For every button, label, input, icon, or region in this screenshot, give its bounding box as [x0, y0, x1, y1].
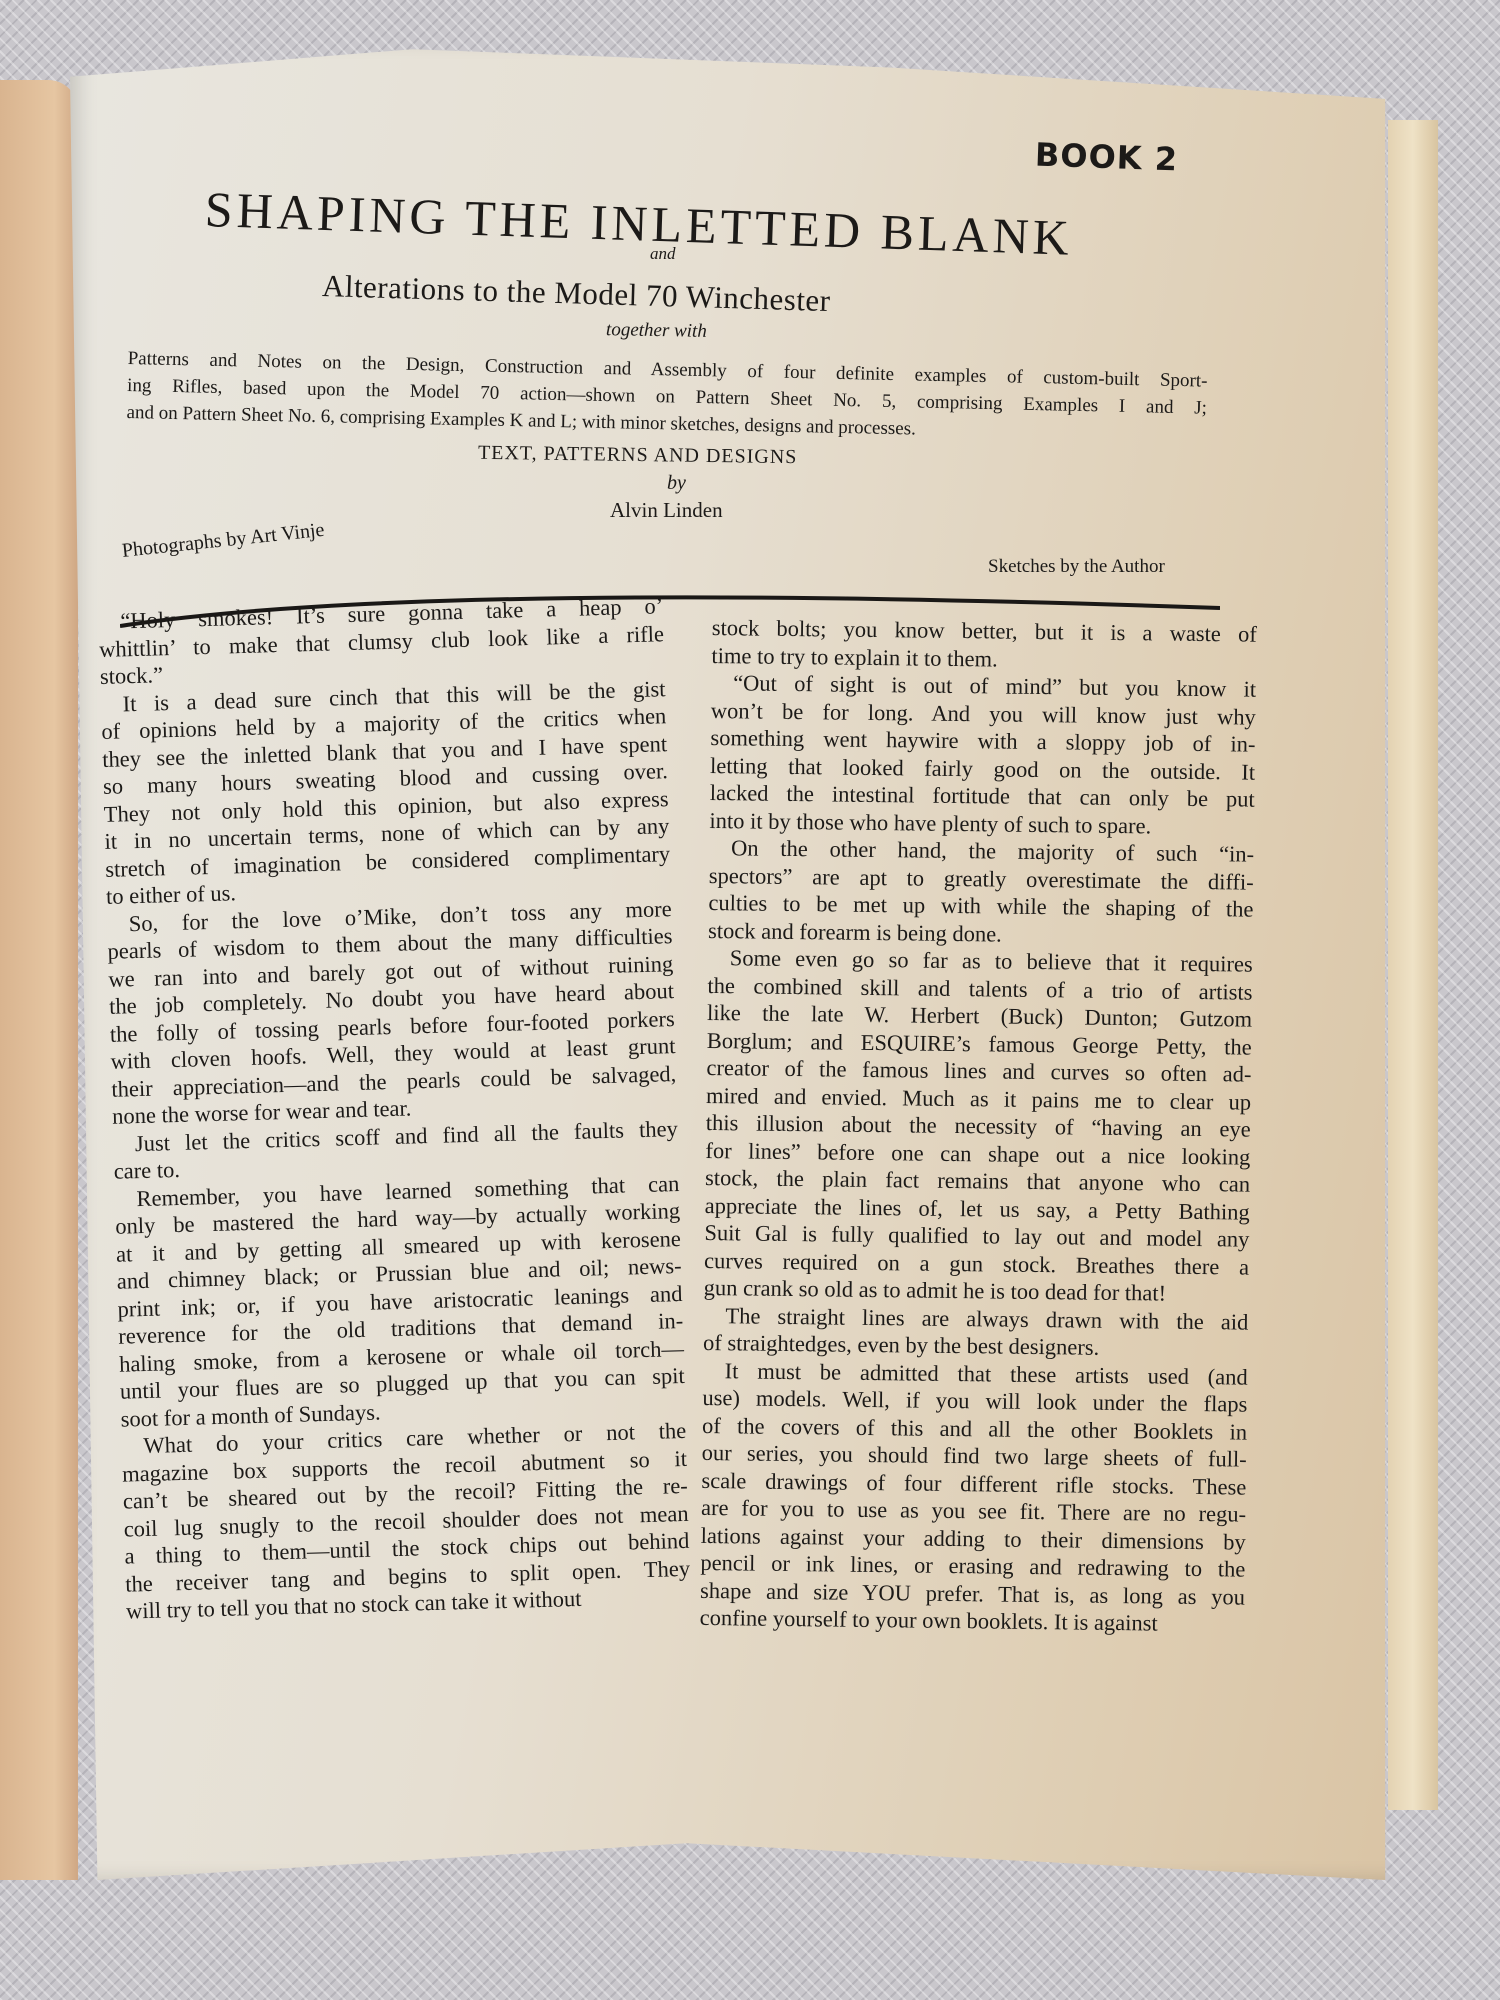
by-label: by — [667, 472, 686, 495]
title-conjunction: and — [650, 244, 676, 264]
paragraph: “Holy smokes! It’s sure gonna take a hea… — [98, 592, 665, 690]
paragraph: Remember, you have learned something tha… — [114, 1169, 686, 1432]
author-name: Alvin Linden — [610, 498, 723, 523]
description-block: Patterns and Notes on the Design, Constr… — [126, 345, 1207, 449]
book-number-label: BOOK 2 — [1034, 136, 1178, 179]
paragraph: So, for the love o’Mike, don’t toss any … — [106, 895, 677, 1131]
page-content: BOOK 2 SHAPING THE INLETTED BLANK and Al… — [0, 0, 1500, 2000]
together-with-label: together with — [606, 319, 707, 343]
right-column: stock bolts; you know better, but it is … — [700, 614, 1257, 1638]
sketch-credit: Sketches by the Author — [988, 556, 1165, 578]
paragraph: The straight lines are always drawn with… — [703, 1301, 1249, 1363]
paragraph: It is a dead sure cinch that this will b… — [100, 675, 671, 911]
page-subtitle: Alterations to the Model 70 Winchester — [321, 268, 831, 319]
paragraph: It must be admitted that these artists u… — [700, 1356, 1248, 1638]
paragraph: Some even go so far as to believe that i… — [704, 944, 1253, 1308]
photo-credit: Photographs by Art Vinje — [121, 519, 326, 563]
paragraph: stock bolts; you know better, but it is … — [711, 614, 1257, 676]
paragraph: What do your critics care whether or not… — [121, 1417, 691, 1625]
text-credit: TEXT, PATTERNS AND DESIGNS — [478, 442, 798, 469]
left-column: “Holy smokes! It’s sure gonna take a hea… — [98, 592, 691, 1625]
paragraph: “Out of sight is out of mind” but you kn… — [709, 669, 1256, 841]
paragraph: On the other hand, the majority of such … — [708, 834, 1254, 951]
